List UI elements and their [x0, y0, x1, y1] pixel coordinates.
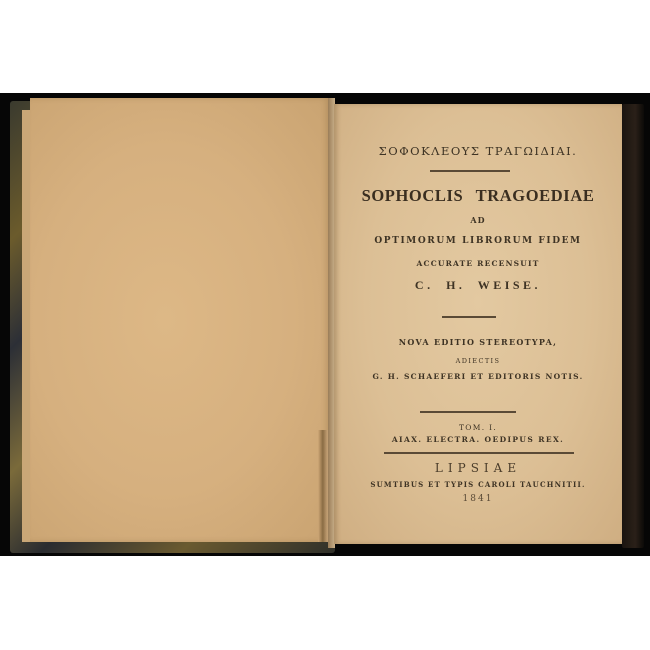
notes-line: G. H. SCHAEFERI ET EDITORIS NOTIS. [334, 372, 622, 381]
volume-line: TOM. I. [334, 423, 622, 432]
fidem-line: OPTIMORUM LIBRORUM FIDEM [334, 236, 622, 246]
blank-flyleaf [30, 98, 330, 542]
back-cover-edge [622, 104, 644, 548]
place-line: LIPSIAE [334, 461, 622, 475]
rule-volume [420, 411, 516, 413]
greek-title: ΣΟΦΟΚΛΕΟΥΣ ΤΡΑΓΩΙΔΙΑΙ. [334, 144, 622, 158]
adiectis-line: ADIECTIS [334, 357, 622, 365]
rule-middle [442, 316, 496, 318]
rule-bottom [384, 452, 574, 454]
publisher-line: SUMTIBUS ET TYPIS CAROLI TAUCHNITII. [334, 480, 622, 489]
year-line: 1841 [334, 494, 622, 504]
edition-line: NOVA EDITIO STEREOTYPA, [334, 337, 622, 347]
plays-line: AIAX. ELECTRA. OEDIPUS REX. [334, 435, 622, 444]
ad-line: AD [334, 215, 622, 225]
accurate-line: ACCURATE RECENSUIT [334, 259, 622, 268]
photo-scene: ΣΟΦΟΚΛΕΟΥΣ ΤΡΑΓΩΙΔΙΑΙ. SOPHOCLIS TRAGOED… [0, 0, 650, 650]
title-page: ΣΟΦΟΚΛΕΟΥΣ ΤΡΑΓΩΙΔΙΑΙ. SOPHOCLIS TRAGOED… [334, 104, 622, 544]
editor-name: C. H. WEISE. [334, 278, 622, 293]
rule-top [430, 170, 510, 172]
main-title: SOPHOCLIS TRAGOEDIAE [334, 186, 622, 206]
